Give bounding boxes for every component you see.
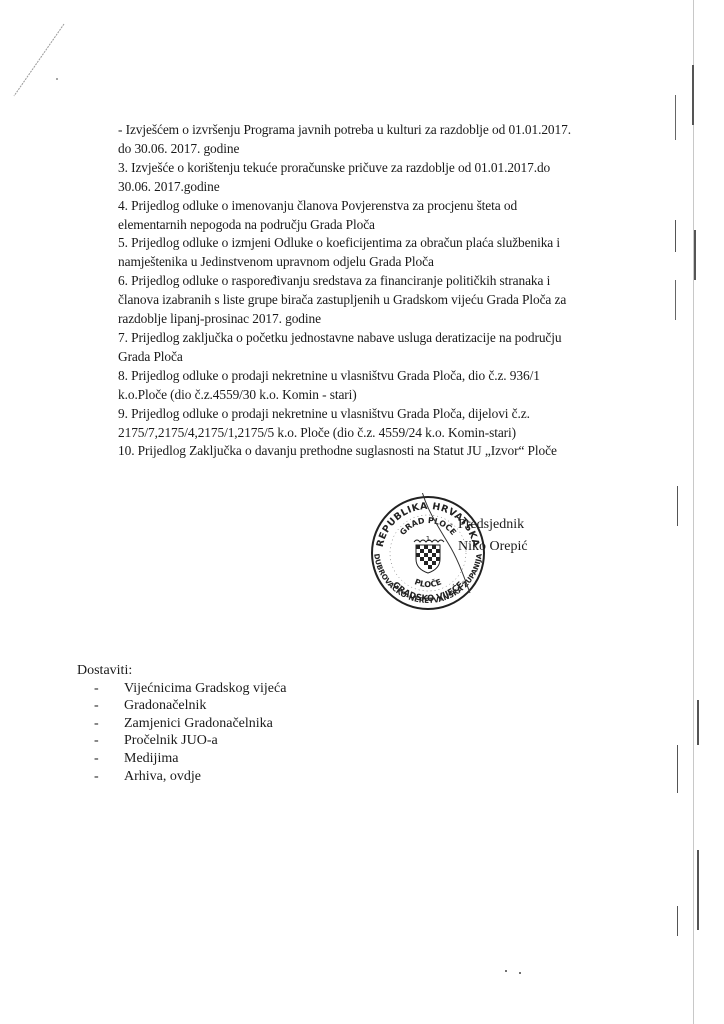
signature-block: Predsjednik Niko Orepić xyxy=(458,514,528,558)
distribution-list: Dostaviti: -Vijećnicima Gradskog vijeća … xyxy=(77,662,286,785)
distribution-item: -Medijima xyxy=(94,750,286,768)
bullet-dash: - xyxy=(94,750,99,768)
coat-of-arms-icon xyxy=(414,540,444,573)
agenda-item-4: 4. Prijedlog odluke o imenovanju članova… xyxy=(118,197,638,235)
agenda-item-9: 9. Prijedlog odluke o prodaji nekretnine… xyxy=(118,405,638,443)
scan-artifact-specks xyxy=(500,965,540,985)
distribution-item: -Zamjenici Gradonačelnika xyxy=(94,715,286,733)
distribution-item: -Gradonačelnik xyxy=(94,697,286,715)
agenda-item-7: 7. Prijedlog zaključka o početku jednost… xyxy=(118,329,638,367)
bullet-dash: - xyxy=(94,697,99,715)
bullet-dash: - xyxy=(94,680,99,698)
agenda-item-3: 3. Izvješće o korištenju tekuće proračun… xyxy=(118,159,638,197)
bullet-dash: - xyxy=(94,732,99,750)
agenda-item-2-cont: - Izvješćem o izvršenju Programa javnih … xyxy=(118,121,638,159)
signatory-name: Niko Orepić xyxy=(458,536,528,558)
agenda-item-8: 8. Prijedlog odluke o prodaji nekretnine… xyxy=(118,367,638,405)
agenda-item-6: 6. Prijedlog odluke o raspoređivanju sre… xyxy=(118,272,638,329)
distribution-item: -Vijećnicima Gradskog vijeća xyxy=(94,680,286,698)
agenda-list: - Izvješćem o izvršenju Programa javnih … xyxy=(118,121,638,461)
stamp-inner-top-text: GRAD PLOČE xyxy=(398,516,458,537)
distribution-item: -Pročelnik JUO-a xyxy=(94,732,286,750)
distribution-item: -Arhiva, ovdje xyxy=(94,768,286,786)
scan-artifact-diagonal xyxy=(0,0,90,120)
bullet-dash: - xyxy=(94,768,99,786)
svg-text:GRAD PLOČE: GRAD PLOČE xyxy=(398,516,458,537)
distribution-heading: Dostaviti: xyxy=(77,662,286,680)
stamp-inner-bottom-text: PLOČE xyxy=(413,577,442,589)
agenda-item-10: 10. Prijedlog Zaključka o davanju pretho… xyxy=(118,442,638,461)
scanned-document-page: - Izvješćem o izvršenju Programa javnih … xyxy=(0,0,724,1024)
bullet-dash: - xyxy=(94,715,99,733)
signatory-title: Predsjednik xyxy=(458,514,528,536)
agenda-item-5: 5. Prijedlog odluke o izmjeni Odluke o k… xyxy=(118,234,638,272)
svg-text:PLOČE: PLOČE xyxy=(413,577,442,589)
